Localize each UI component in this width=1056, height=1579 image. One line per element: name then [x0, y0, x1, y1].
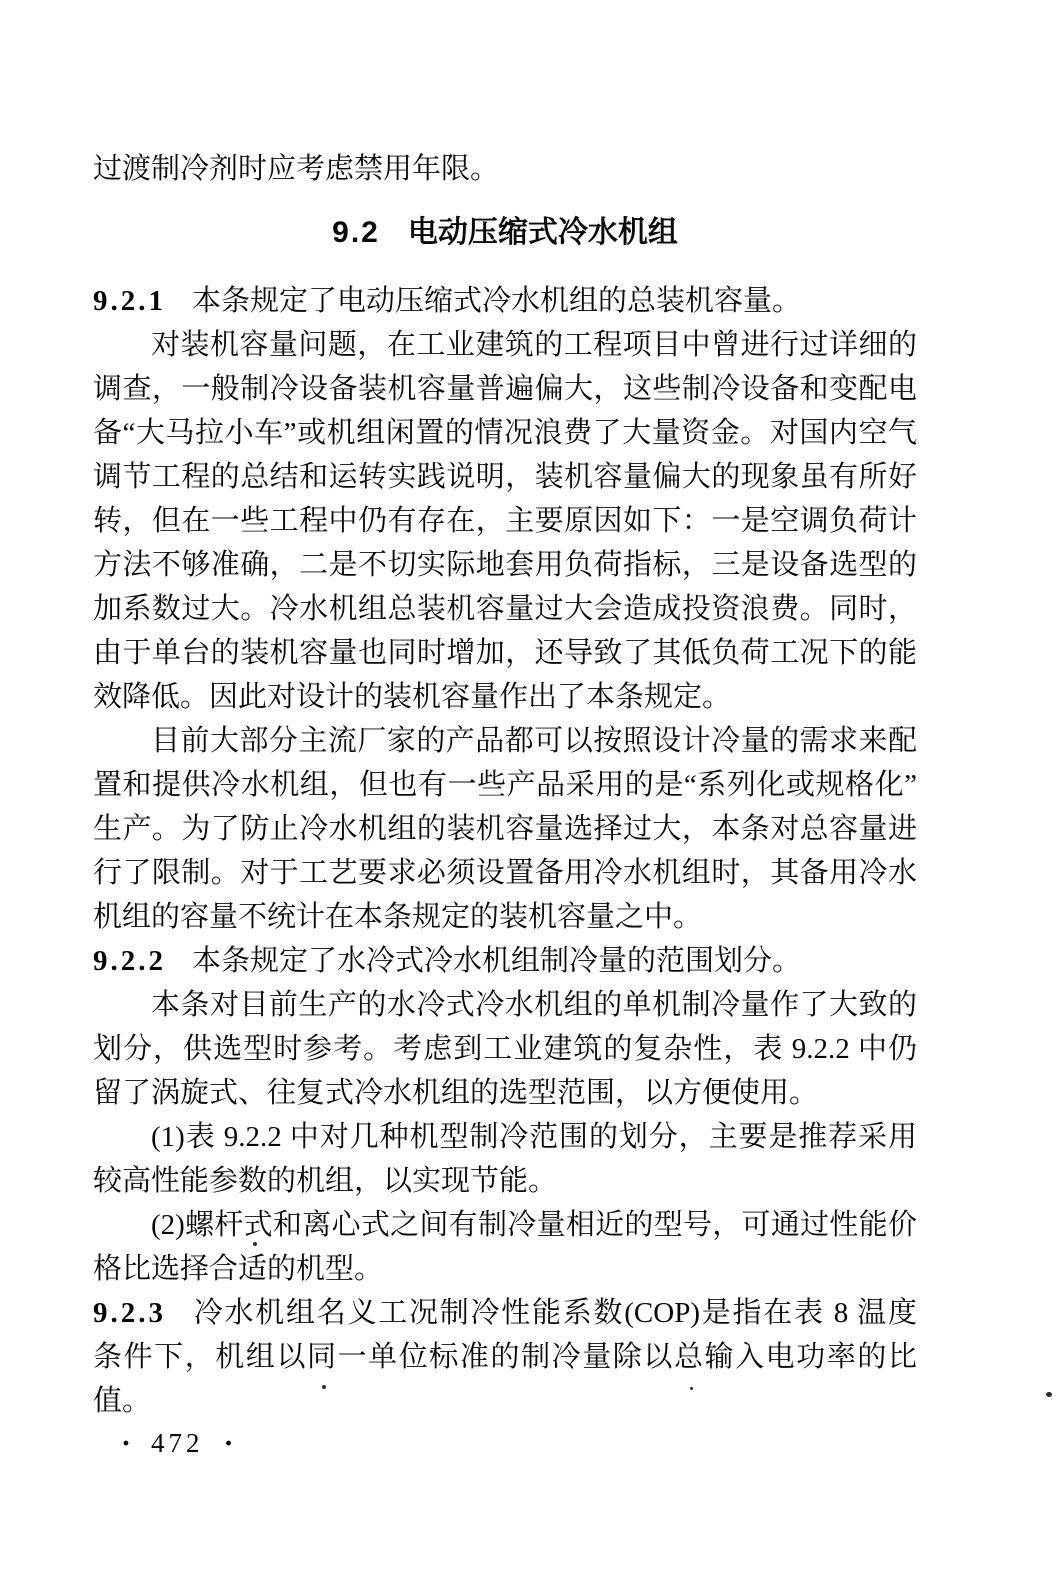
text-line: 划分，供选型时参考。考虑到工业建筑的复杂性，表 9.2.2 中仍保: [93, 1027, 917, 1071]
text-line: 过渡制冷剂时应考虑禁用年限。: [93, 147, 917, 191]
line-text: 由于单台的装机容量也同时增加，还导致了其低负荷工况下的能: [93, 637, 917, 669]
section-heading: 9.2电动压缩式冷水机组: [93, 211, 917, 255]
clause-number: 9.2.3: [93, 1297, 166, 1329]
line-text: 值。: [93, 1385, 151, 1417]
line-text: 本条规定了水冷式冷水机组制冷量的范围划分。: [192, 945, 801, 977]
scanned-document-page: { "doc": { "lines": [ { "type": "plain",…: [0, 0, 1056, 1579]
text-line: 由于单台的装机容量也同时增加，还导致了其低负荷工况下的能: [93, 631, 917, 675]
text-line: 方法不够准确，二是不切实际地套用负荷指标，三是设备选型的附: [93, 543, 917, 587]
line-text: 效降低。因此对设计的装机容量作出了本条规定。: [93, 681, 731, 713]
line-text: (2)螺杆式和离心式之间有制冷量相近的型号，可通过性能价: [151, 1209, 917, 1241]
line-text: 转，但在一些工程中仍有存在，主要原因如下：一是空调负荷计算: [93, 505, 917, 543]
clause-line: 9.2.1本条规定了电动压缩式冷水机组的总装机容量。: [93, 279, 917, 323]
scan-speck: [253, 1242, 257, 1246]
text-line: 置和提供冷水机组，但也有一些产品采用的是“系列化或规格化”: [93, 763, 917, 807]
text-line: (2)螺杆式和离心式之间有制冷量相近的型号，可通过性能价: [93, 1203, 917, 1247]
text-line: 调查，一般制冷设备装机容量普遍偏大，这些制冷设备和变配电设: [93, 367, 917, 411]
line-text: 行了限制。对于工艺要求必须设置备用冷水机组时，其备用冷水: [93, 857, 917, 889]
line-text: 本条规定了电动压缩式冷水机组的总装机容量。: [192, 285, 801, 317]
line-text: 本条对目前生产的水冷式冷水机组的单机制冷量作了大致的: [151, 989, 917, 1021]
clause-number: 9.2.2: [93, 945, 166, 977]
line-text: 置和提供冷水机组，但也有一些产品采用的是“系列化或规格化”: [93, 769, 917, 801]
text-line: 较高性能参数的机组，以实现节能。: [93, 1159, 917, 1203]
page-body: 过渡制冷剂时应考虑禁用年限。9.2电动压缩式冷水机组9.2.1本条规定了电动压缩…: [0, 0, 917, 1460]
clause-line: 9.2.3冷水机组名义工况制冷性能系数(COP)是指在表 8 温度: [93, 1291, 917, 1335]
line-text: 格比选择合适的机型。: [93, 1253, 383, 1285]
line-text: 留了涡旋式、往复式冷水机组的选型范围，以方便使用。: [93, 1077, 818, 1109]
scan-speck: [1046, 1392, 1052, 1397]
section-number: 9.2: [332, 216, 380, 249]
line-text: 电动压缩式冷水机组: [408, 216, 678, 249]
line-text: (1)表 9.2.2 中对几种机型制冷范围的划分，主要是推荐采用: [151, 1121, 917, 1153]
footer-right-dot: ·: [224, 1427, 234, 1460]
line-text: 过渡制冷剂时应考虑禁用年限。: [93, 153, 499, 185]
text-line: 对装机容量问题，在工业建筑的工程项目中曾进行过详细的: [93, 323, 917, 367]
text-line: 加系数过大。冷水机组总装机容量过大会造成投资浪费。同时，: [93, 587, 917, 631]
line-text: 条件下，机组以同一单位标准的制冷量除以总输入电功率的比: [93, 1341, 917, 1373]
document-lines: 过渡制冷剂时应考虑禁用年限。9.2电动压缩式冷水机组9.2.1本条规定了电动压缩…: [93, 147, 917, 1423]
line-text: 目前大部分主流厂家的产品都可以按照设计冷量的需求来配: [151, 725, 917, 757]
line-text: 较高性能参数的机组，以实现节能。: [93, 1165, 557, 1197]
text-line: 生产。为了防止冷水机组的装机容量选择过大，本条对总容量进: [93, 807, 917, 851]
text-line: 效降低。因此对设计的装机容量作出了本条规定。: [93, 675, 917, 719]
text-line: (1)表 9.2.2 中对几种机型制冷范围的划分，主要是推荐采用: [93, 1115, 917, 1159]
text-line: 目前大部分主流厂家的产品都可以按照设计冷量的需求来配: [93, 719, 917, 763]
scan-speck: [430, 1350, 433, 1353]
clause-line: 9.2.2本条规定了水冷式冷水机组制冷量的范围划分。: [93, 939, 917, 983]
line-text: 备“大马拉小车”或机组闲置的情况浪费了大量资金。对国内空气: [93, 417, 917, 449]
text-line: 转，但在一些工程中仍有存在，主要原因如下：一是空调负荷计算: [93, 499, 917, 543]
text-line: 机组的容量不统计在本条规定的装机容量之中。: [93, 895, 917, 939]
line-text: 机组的容量不统计在本条规定的装机容量之中。: [93, 901, 702, 933]
footer-page-number: 472: [151, 1428, 204, 1458]
line-text: 调查，一般制冷设备装机容量普遍偏大，这些制冷设备和变配电设: [93, 373, 917, 411]
clause-number: 9.2.1: [93, 285, 166, 317]
text-line: 调节工程的总结和运转实践说明，装机容量偏大的现象虽有所好: [93, 455, 917, 499]
scan-speck: [322, 1385, 326, 1389]
scan-speck: [690, 1387, 693, 1390]
page-footer: ·472·: [93, 1427, 917, 1460]
line-text: 生产。为了防止冷水机组的装机容量选择过大，本条对总容量进: [93, 813, 917, 845]
line-text: 加系数过大。冷水机组总装机容量过大会造成投资浪费。同时，: [93, 593, 917, 625]
text-line: 备“大马拉小车”或机组闲置的情况浪费了大量资金。对国内空气: [93, 411, 917, 455]
line-text: 划分，供选型时参考。考虑到工业建筑的复杂性，表 9.2.2 中仍保: [93, 1033, 917, 1071]
line-text: 对装机容量问题，在工业建筑的工程项目中曾进行过详细的: [151, 329, 917, 361]
line-text: 冷水机组名义工况制冷性能系数(COP)是指在表 8 温度: [192, 1297, 917, 1329]
line-text: 方法不够准确，二是不切实际地套用负荷指标，三是设备选型的附: [93, 549, 917, 587]
text-line: 本条对目前生产的水冷式冷水机组的单机制冷量作了大致的: [93, 983, 917, 1027]
footer-left-dot: ·: [121, 1427, 131, 1460]
line-text: 调节工程的总结和运转实践说明，装机容量偏大的现象虽有所好: [93, 461, 917, 493]
text-line: 值。: [93, 1379, 917, 1423]
text-line: 行了限制。对于工艺要求必须设置备用冷水机组时，其备用冷水: [93, 851, 917, 895]
text-line: 格比选择合适的机型。: [93, 1247, 917, 1291]
text-line: 条件下，机组以同一单位标准的制冷量除以总输入电功率的比: [93, 1335, 917, 1379]
text-line: 留了涡旋式、往复式冷水机组的选型范围，以方便使用。: [93, 1071, 917, 1115]
